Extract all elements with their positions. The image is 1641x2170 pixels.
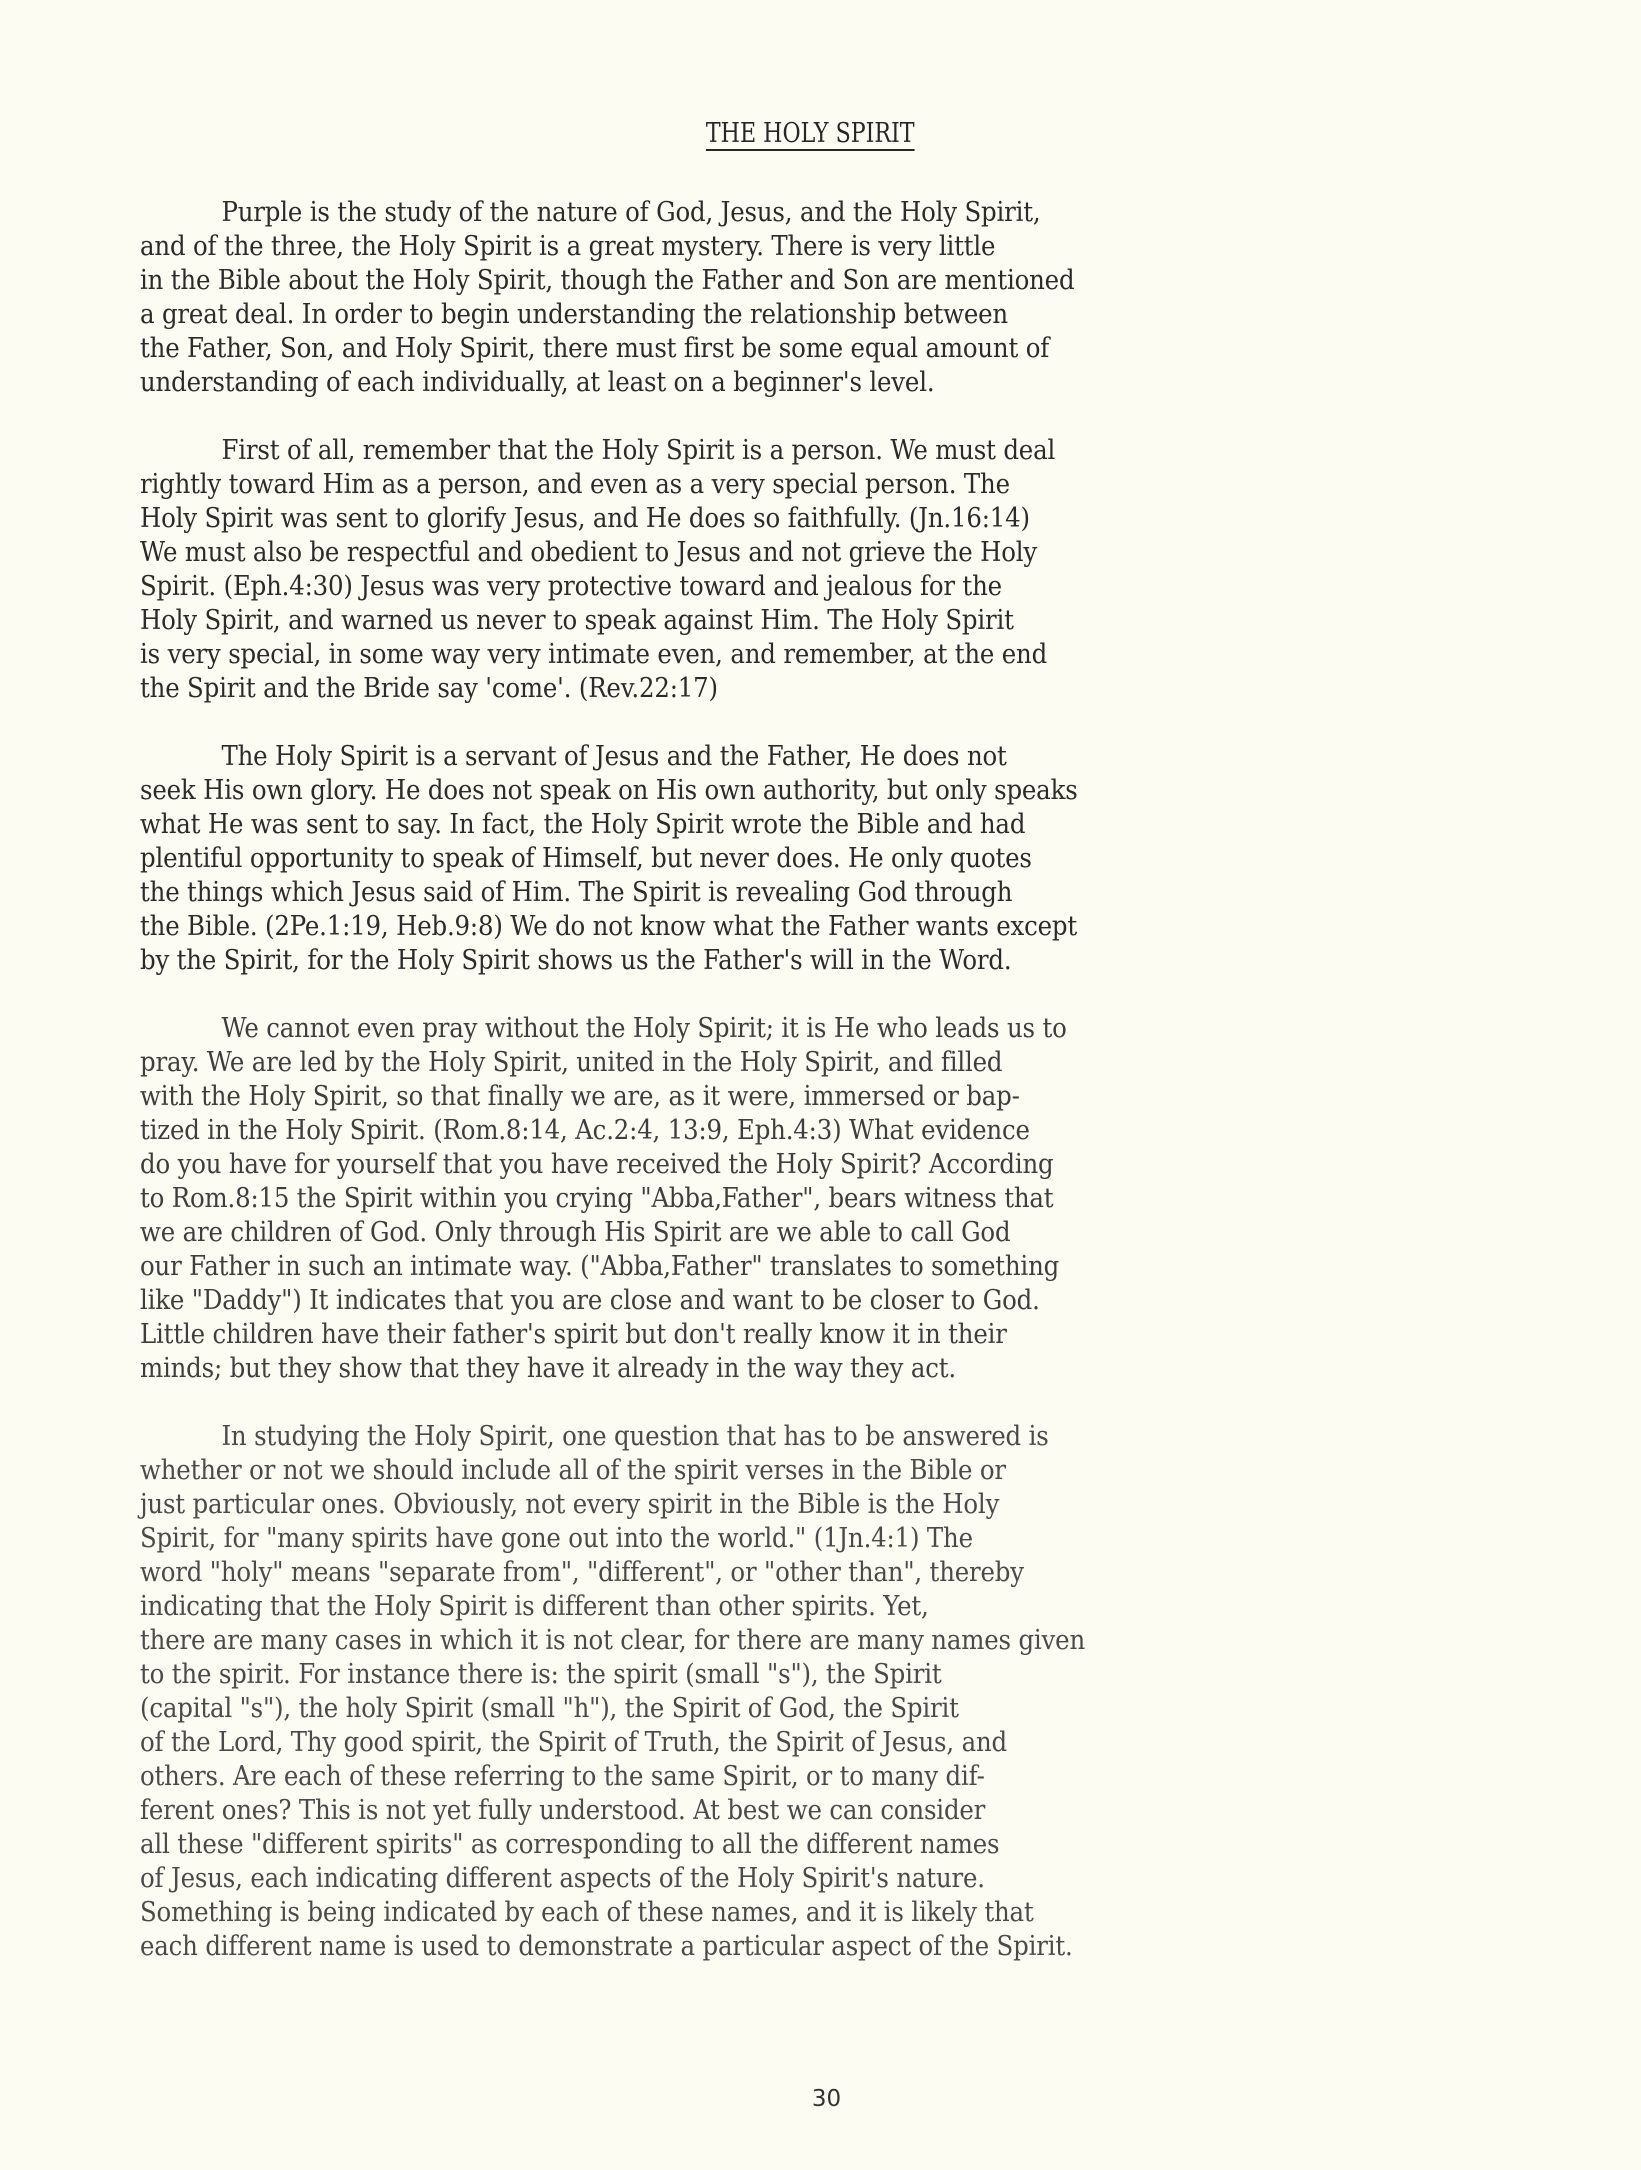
text-line: the Father, Son, and Holy Spirit, there …: [140, 332, 1353, 366]
text-line: a great deal. In order to begin understa…: [140, 298, 1353, 332]
text-line: what He was sent to say. In fact, the Ho…: [140, 808, 1353, 842]
text-line: Spirit. (Eph.4:30) Jesus was very protec…: [140, 570, 1353, 604]
text-line: in the Bible about the Holy Spirit, thou…: [140, 264, 1353, 298]
text-line: understanding of each individually, at l…: [140, 366, 1353, 400]
text-line: of Jesus, each indicating different aspe…: [140, 1862, 1353, 1896]
text-line: seek His own glory. He does not speak on…: [140, 774, 1353, 808]
text-line: tized in the Holy Spirit. (Rom.8:14, Ac.…: [140, 1114, 1353, 1148]
text-line: the Spirit and the Bride say 'come'. (Re…: [140, 672, 1353, 706]
text-line: and of the three, the Holy Spirit is a g…: [140, 230, 1353, 264]
text-line: Holy Spirit, and warned us never to spea…: [140, 604, 1353, 638]
text-line: the things which Jesus said of Him. The …: [140, 876, 1353, 910]
text-line: Something is being indicated by each of …: [140, 1896, 1353, 1930]
text-line: (capital "s"), the holy Spirit (small "h…: [140, 1692, 1353, 1726]
paragraph-2: First of all, remember that the Holy Spi…: [140, 434, 1480, 706]
text-line: our Father in such an intimate way. ("Ab…: [140, 1250, 1353, 1284]
paragraph-4: We cannot even pray without the Holy Spi…: [140, 1012, 1480, 1386]
page-number: 30: [0, 2086, 1641, 2112]
text-line: each different name is used to demonstra…: [140, 1930, 1353, 1964]
text-line: the Bible. (2Pe.1:19, Heb.9:8) We do not…: [140, 910, 1353, 944]
text-line: there are many cases in which it is not …: [140, 1624, 1353, 1658]
text-line: is very special, in some way very intima…: [140, 638, 1353, 672]
text-line: First of all, remember that the Holy Spi…: [140, 434, 1353, 468]
text-line: with the Holy Spirit, so that finally we…: [140, 1080, 1353, 1114]
text-line: Purple is the study of the nature of God…: [140, 196, 1353, 230]
paragraph-3: The Holy Spirit is a servant of Jesus an…: [140, 740, 1480, 978]
text-line: others. Are each of these referring to t…: [140, 1760, 1353, 1794]
page-title: THE HOLY SPIRIT: [0, 118, 1641, 149]
text-line: we are children of God. Only through His…: [140, 1216, 1353, 1250]
text-line: plentiful opportunity to speak of Himsel…: [140, 842, 1353, 876]
text-line: In studying the Holy Spirit, one questio…: [140, 1420, 1353, 1454]
text-line: The Holy Spirit is a servant of Jesus an…: [140, 740, 1353, 774]
text-line: We cannot even pray without the Holy Spi…: [140, 1012, 1353, 1046]
text-line: by the Spirit, for the Holy Spirit shows…: [140, 944, 1353, 978]
text-line: We must also be respectful and obedient …: [140, 536, 1353, 570]
text-line: Little children have their father's spir…: [140, 1318, 1353, 1352]
text-line: to the spirit. For instance there is: th…: [140, 1658, 1353, 1692]
text-line: pray. We are led by the Holy Spirit, uni…: [140, 1046, 1353, 1080]
paragraph-1: Purple is the study of the nature of God…: [140, 196, 1480, 400]
text-line: of the Lord, Thy good spirit, the Spirit…: [140, 1726, 1353, 1760]
text-line: minds; but they show that they have it a…: [140, 1352, 1353, 1386]
document-body: Purple is the study of the nature of God…: [140, 196, 1480, 1998]
document-page: THE HOLY SPIRIT Purple is the study of t…: [0, 0, 1641, 2170]
text-line: to Rom.8:15 the Spirit within you crying…: [140, 1182, 1353, 1216]
text-line: do you have for yourself that you have r…: [140, 1148, 1353, 1182]
text-line: all these "different spirits" as corresp…: [140, 1828, 1353, 1862]
text-line: ferent ones? This is not yet fully under…: [140, 1794, 1353, 1828]
text-line: like "Daddy") It indicates that you are …: [140, 1284, 1353, 1318]
text-line: indicating that the Holy Spirit is diffe…: [140, 1590, 1353, 1624]
text-line: rightly toward Him as a person, and even…: [140, 468, 1353, 502]
text-line: Holy Spirit was sent to glorify Jesus, a…: [140, 502, 1353, 536]
text-line: whether or not we should include all of …: [140, 1454, 1353, 1488]
paragraph-5: In studying the Holy Spirit, one questio…: [140, 1420, 1480, 1964]
text-line: Spirit, for "many spirits have gone out …: [140, 1522, 1353, 1556]
text-line: just particular ones. Obviously, not eve…: [140, 1488, 1353, 1522]
text-line: word "holy" means "separate from", "diff…: [140, 1556, 1353, 1590]
page-title-text: THE HOLY SPIRIT: [706, 118, 915, 149]
